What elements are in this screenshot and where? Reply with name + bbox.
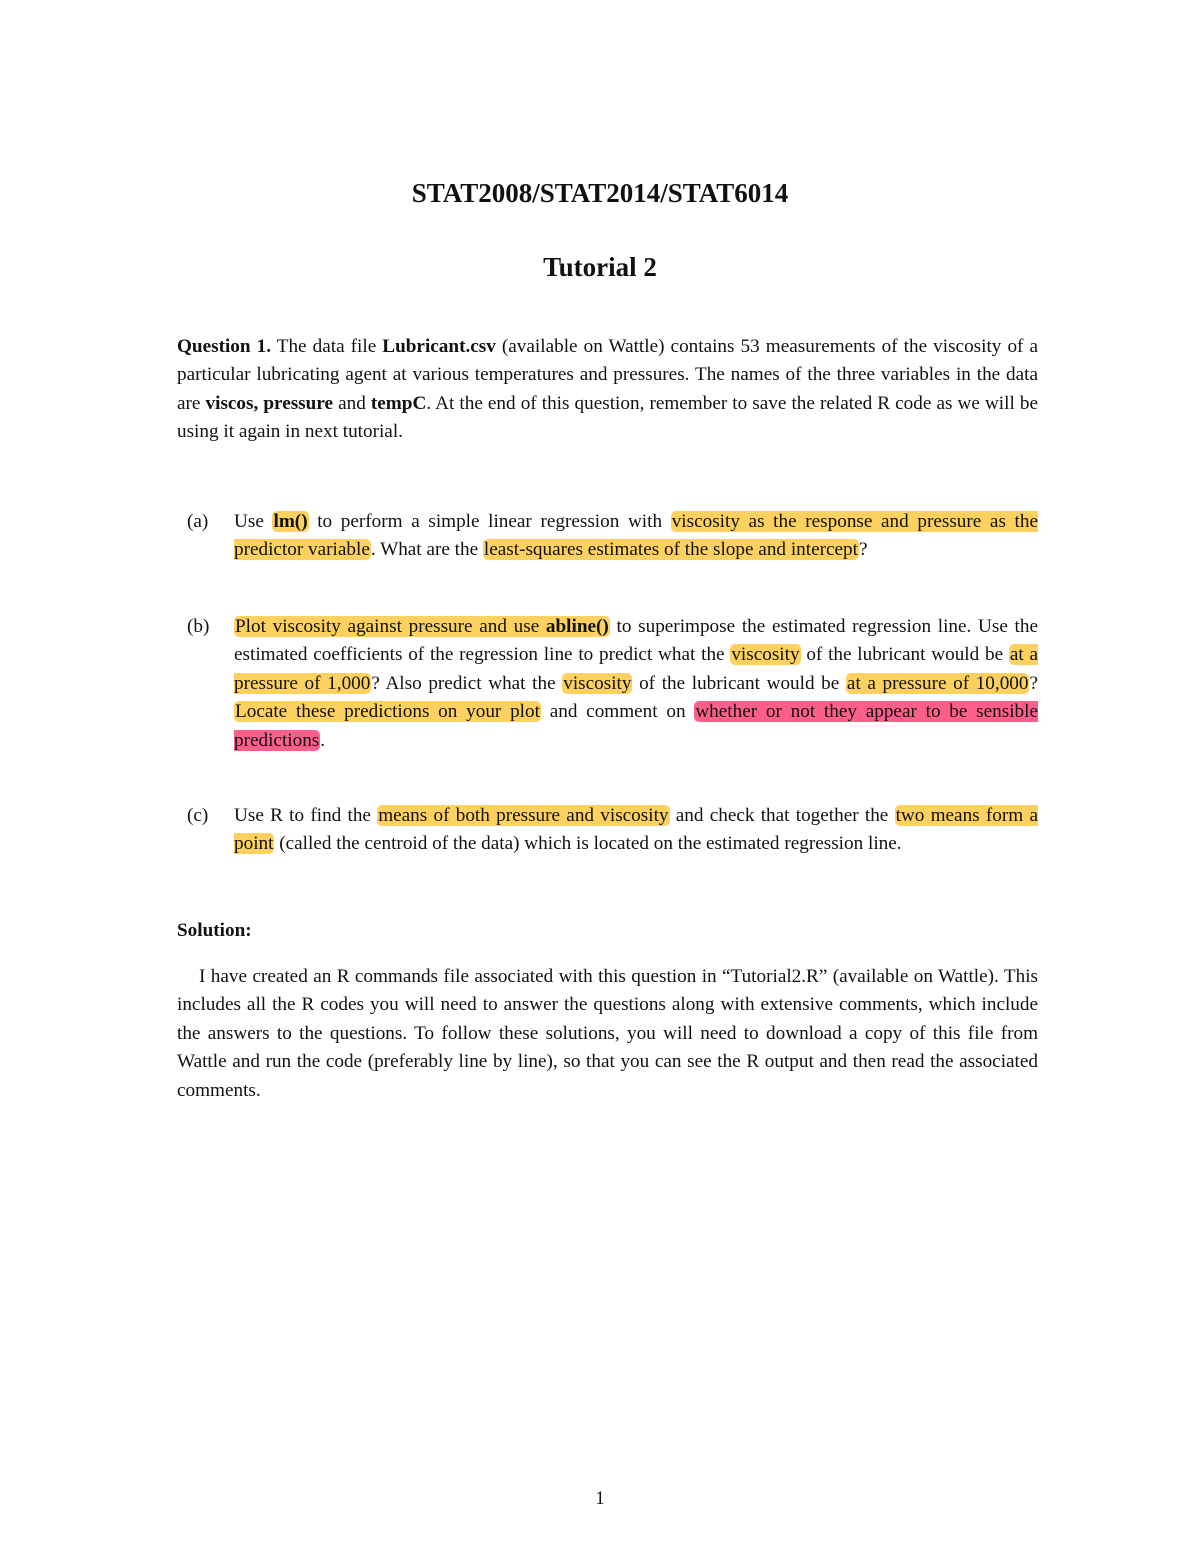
variable-pressure: pressure (263, 393, 333, 414)
course-codes-title: STAT2008/STAT2014/STAT6014 (0, 178, 1200, 209)
part-c: (c) Use R to find the means of both pres… (177, 802, 1038, 859)
variable-viscos: viscos, (206, 393, 259, 414)
solution-heading: Solution: (177, 920, 252, 942)
variable-tempc: tempC (371, 393, 426, 414)
highlight-locate-predictions: Locate these predictions on your plot (234, 701, 541, 722)
part-a-text: Use lm() to perform a simple linear regr… (234, 508, 1038, 565)
solution-paragraph: I have created an R commands file associ… (177, 963, 1038, 1105)
highlight-least-squares: least-squares estimates of the slope and… (483, 539, 859, 560)
part-c-label: (c) (187, 802, 208, 830)
question-1-paragraph: Question 1. The data file Lubricant.csv … (177, 333, 1038, 447)
highlight-lm-function: lm() (272, 511, 308, 532)
highlight-viscosity: viscosity (562, 673, 632, 694)
part-b: (b) Plot viscosity against pressure and … (177, 613, 1038, 755)
highlight-means: means of both pressure and viscosity (377, 805, 669, 826)
data-file-name: Lubricant.csv (382, 336, 496, 357)
part-b-label: (b) (187, 613, 209, 641)
highlight-viscosity: viscosity (730, 644, 800, 665)
part-a: (a) Use lm() to perform a simple linear … (177, 508, 1038, 565)
page-number: 1 (0, 1488, 1200, 1510)
highlight-plot-instruction: Plot viscosity against pressure and use … (234, 616, 610, 637)
document-page: STAT2008/STAT2014/STAT6014 Tutorial 2 Qu… (0, 0, 1200, 1553)
tutorial-title: Tutorial 2 (0, 252, 1200, 283)
part-b-text: Plot viscosity against pressure and use … (234, 613, 1038, 755)
question-label: Question 1. (177, 336, 271, 357)
part-c-text: Use R to find the means of both pressure… (234, 802, 1038, 859)
highlight-pressure-10000: at a pressure of 10,000 (846, 673, 1030, 694)
part-a-label: (a) (187, 508, 208, 536)
